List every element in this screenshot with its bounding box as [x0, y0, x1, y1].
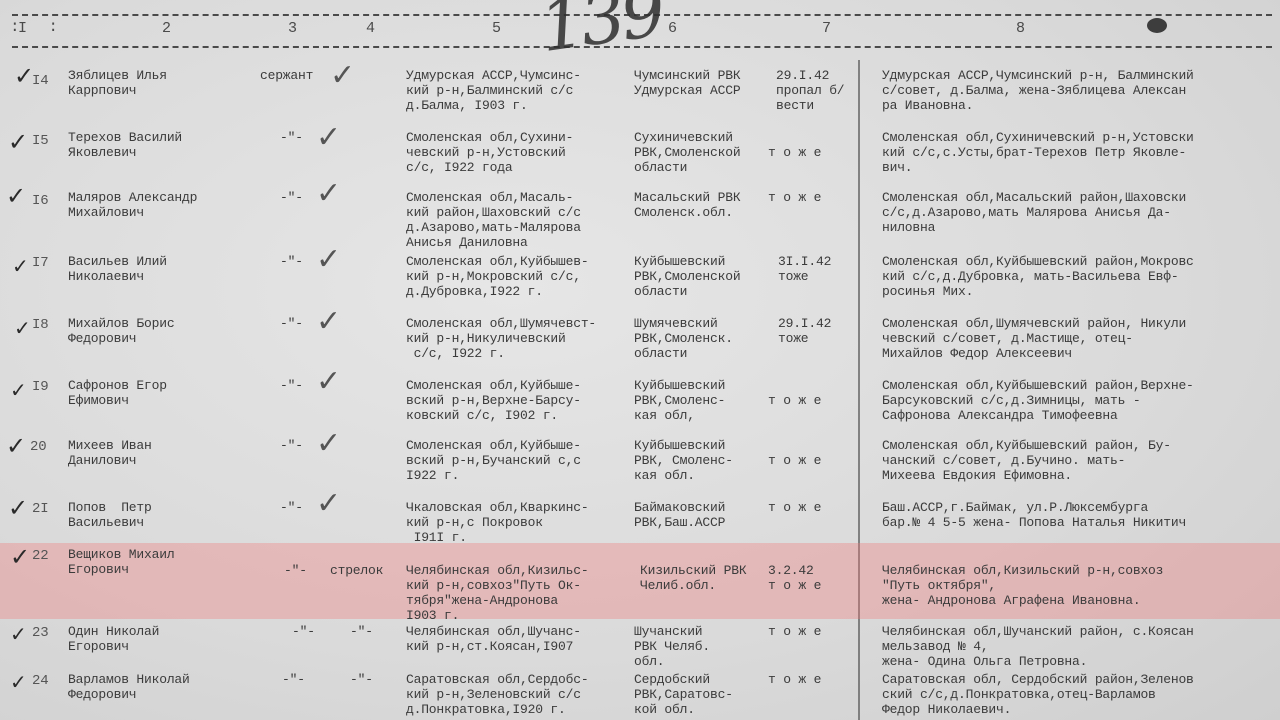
checkmark-icon: ✓	[10, 624, 27, 644]
draft-office: Сухиничевский РВК,Смоленской области	[634, 130, 740, 175]
birthplace: Чкаловская обл,Кваркинс- кий р-н,с Покро…	[406, 500, 588, 545]
date-fate: т о ж е	[768, 378, 821, 408]
record-row: ✓ 23 Один Николай Егорович -"- -"- Челяб…	[0, 622, 1280, 667]
col-header-7: 7	[822, 20, 831, 37]
full-name: Михеев Иван Данилович	[68, 438, 152, 468]
checkmark-icon: ✓	[8, 498, 28, 518]
review-checkmark-icon: ✓	[316, 310, 341, 334]
date-fate: т о ж е	[768, 438, 821, 468]
record-number: I6	[32, 194, 48, 209]
ink-blot	[1147, 18, 1167, 33]
full-name: Варламов Николай Федорович	[68, 672, 190, 702]
draft-office: Кизильский РВК Челиб.обл.	[640, 563, 746, 593]
birthplace: Челябинская обл,Кизильс- кий р-н,совхоз"…	[406, 563, 588, 623]
archival-document-page: I 2 3 4 5 6 7 8 : : 139 ✓ I4 Зяблицев Ил…	[0, 0, 1280, 720]
rank: -"-	[280, 254, 303, 269]
record-number: 22	[32, 549, 48, 564]
rank: -"-	[280, 378, 303, 393]
rank: сержант	[260, 68, 313, 83]
draft-office: Шучанский РВК Челяб. обл.	[634, 624, 710, 669]
col-header-6: 6	[668, 20, 677, 37]
review-checkmark-icon: ✓	[316, 182, 341, 206]
rank: -"-	[284, 563, 307, 578]
relatives-address: Челябинская обл,Шучанский район, с.Кояса…	[882, 624, 1194, 669]
record-row-highlighted[interactable]: ✓ 22 Вещиков Михаил Егорович -"- стрелок…	[0, 543, 1280, 619]
full-name: Маляров Александр Михайлович	[68, 190, 197, 220]
birthplace: Смоленская обл,Куйбышев- кий р-н,Мокровс…	[406, 254, 588, 299]
record-row: ✓ 24 Варламов Николай Федорович -"- -"- …	[0, 668, 1280, 720]
full-name: Васильев Илий Николаевич	[68, 254, 167, 284]
birthplace: Саратовская обл,Сердобс- кий р-н,Зеленов…	[406, 672, 588, 717]
draft-office: Масальский РВК Смоленск.обл.	[634, 190, 740, 220]
rank: -"-	[280, 438, 303, 453]
record-row: ✓ I6 Маляров Александр Михайлович -"- ✓ …	[0, 188, 1280, 250]
col-header-8: 8	[1016, 20, 1025, 37]
full-name: Зяблицев Илья Каррпович	[68, 68, 167, 98]
checkmark-icon: ✓	[10, 547, 30, 567]
record-row: ✓ I7 Васильев Илий Николаевич -"- ✓ Смол…	[0, 252, 1280, 312]
birthplace: Удмурская АССР,Чумсинс- кий р-н,Балминск…	[406, 68, 581, 113]
col-header-2: 2	[162, 20, 171, 37]
col-header-5: 5	[492, 20, 501, 37]
full-name: Вещиков Михаил Егорович	[68, 547, 174, 577]
date-fate: т о ж е	[768, 672, 821, 687]
checkmark-icon: ✓	[12, 256, 29, 276]
draft-office: Куйбышевский РВК, Смоленс- кая обл.	[634, 438, 733, 483]
col-header-4: 4	[366, 20, 375, 37]
date-fate: т о ж е	[768, 624, 821, 639]
full-name: Терехов Василий Яковлевич	[68, 130, 182, 160]
relatives-address: Смоленская обл,Куйбышевский район,Верхне…	[882, 378, 1194, 423]
draft-office: Куйбышевский РВК,Смоленской области	[634, 254, 740, 299]
checkmark-icon: ✓	[6, 186, 26, 206]
date-fate: 3.2.42 т о ж е	[768, 563, 821, 593]
record-number: 20	[30, 440, 46, 455]
rank: -"-	[282, 672, 305, 687]
relatives-address: Смоленская обл,Сухиничевский р-н,Устовск…	[882, 130, 1194, 175]
checkmark-icon: ✓	[8, 132, 28, 152]
birthplace: Смоленская обл,Куйбыше- вский р-н,Верхне…	[406, 378, 581, 423]
record-number: I4	[32, 74, 48, 89]
full-name: Один Николай Егорович	[68, 624, 159, 654]
record-number: I8	[32, 318, 48, 333]
position: -"-	[350, 672, 373, 687]
relatives-address: Смоленская обл,Масальский район,Шаховски…	[882, 190, 1186, 235]
record-number: I7	[32, 256, 48, 271]
record-number: I9	[32, 380, 48, 395]
record-row: ✓ I8 Михайлов Борис Федорович -"- ✓ Смол…	[0, 314, 1280, 374]
birthplace: Смоленская обл,Куйбыше- вский р-н,Бучанс…	[406, 438, 581, 483]
full-name: Сафронов Егор Ефимович	[68, 378, 167, 408]
checkmark-icon: ✓	[6, 436, 26, 456]
review-checkmark-icon: ✓	[330, 64, 355, 88]
record-row: ✓ 20 Михеев Иван Данилович -"- ✓ Смоленс…	[0, 436, 1280, 496]
record-number: I5	[32, 134, 48, 149]
date-fate: 3I.I.42 тоже	[778, 254, 831, 284]
date-fate: 29.I.42 пропал б/ вести	[776, 68, 844, 113]
rank: -"-	[292, 624, 315, 639]
relatives-address: Удмурская АССР,Чумсинский р-н, Балмински…	[882, 68, 1194, 113]
record-row: ✓ I5 Терехов Василий Яковлевич -"- ✓ Смо…	[0, 128, 1280, 188]
checkmark-icon: ✓	[10, 380, 27, 400]
record-row: ✓ I4 Зяблицев Илья Каррпович сержант ✓ У…	[0, 66, 1280, 128]
full-name: Михайлов Борис Федорович	[68, 316, 174, 346]
review-checkmark-icon: ✓	[316, 126, 341, 150]
review-checkmark-icon: ✓	[316, 248, 341, 272]
date-fate: т о ж е	[768, 130, 821, 160]
relatives-address: Челябинская обл,Кизильский р-н,совхоз "П…	[882, 563, 1163, 608]
date-fate: т о ж е	[768, 500, 821, 515]
record-number: 2I	[32, 502, 48, 517]
birthplace: Челябинская обл,Шучанс- кий р-н,ст.Кояса…	[406, 624, 581, 654]
position: стрелок	[330, 563, 383, 578]
birthplace: Смоленская обл,Шумячевст- кий р-н,Никули…	[406, 316, 596, 361]
header-separators: : :	[10, 18, 58, 36]
review-checkmark-icon: ✓	[316, 370, 341, 394]
relatives-address: Баш.АССР,г.Баймак, ул.Р.Люксембурга бар.…	[882, 500, 1186, 530]
draft-office: Сердобский РВК,Саратовс- кой обл.	[634, 672, 733, 717]
full-name: Попов Петр Васильевич	[68, 500, 152, 530]
col-header-3: 3	[288, 20, 297, 37]
draft-office: Шумячевский РВК,Смоленск. области	[634, 316, 733, 361]
review-checkmark-icon: ✓	[316, 432, 341, 456]
review-checkmark-icon: ✓	[316, 492, 341, 516]
relatives-address: Саратовская обл, Сердобский район,Зелено…	[882, 672, 1194, 717]
record-row: ✓ 2I Попов Петр Васильевич -"- ✓ Чкаловс…	[0, 498, 1280, 543]
date-fate: 29.I.42 тоже	[778, 316, 831, 346]
draft-office: Чумсинский РВК Удмурская АССР	[634, 68, 740, 98]
date-fate: т о ж е	[768, 190, 821, 205]
record-number: 24	[32, 674, 48, 689]
record-row: ✓ I9 Сафронов Егор Ефимович -"- ✓ Смолен…	[0, 376, 1280, 436]
rank: -"-	[280, 316, 303, 331]
checkmark-icon: ✓	[10, 672, 27, 692]
record-number: 23	[32, 626, 48, 641]
draft-office: Баймаковский РВК,Баш.АССР	[634, 500, 725, 530]
rank: -"-	[280, 130, 303, 145]
birthplace: Смоленская обл,Масаль- кий район,Шаховск…	[406, 190, 581, 250]
position: -"-	[350, 624, 373, 639]
relatives-address: Смоленская обл,Куйбышевский район,Мокров…	[882, 254, 1194, 299]
handwritten-page-number: 139	[535, 0, 667, 68]
rank: -"-	[280, 190, 303, 205]
relatives-address: Смоленская обл,Шумячевский район, Никули…	[882, 316, 1186, 361]
rank: -"-	[280, 500, 303, 515]
checkmark-icon: ✓	[14, 318, 31, 338]
relatives-address: Смоленская обл,Куйбышевский район, Бу- ч…	[882, 438, 1171, 483]
draft-office: Куйбышевский РВК,Смоленс- кая обл,	[634, 378, 725, 423]
birthplace: Смоленская обл,Сухини- чевский р-н,Устов…	[406, 130, 573, 175]
